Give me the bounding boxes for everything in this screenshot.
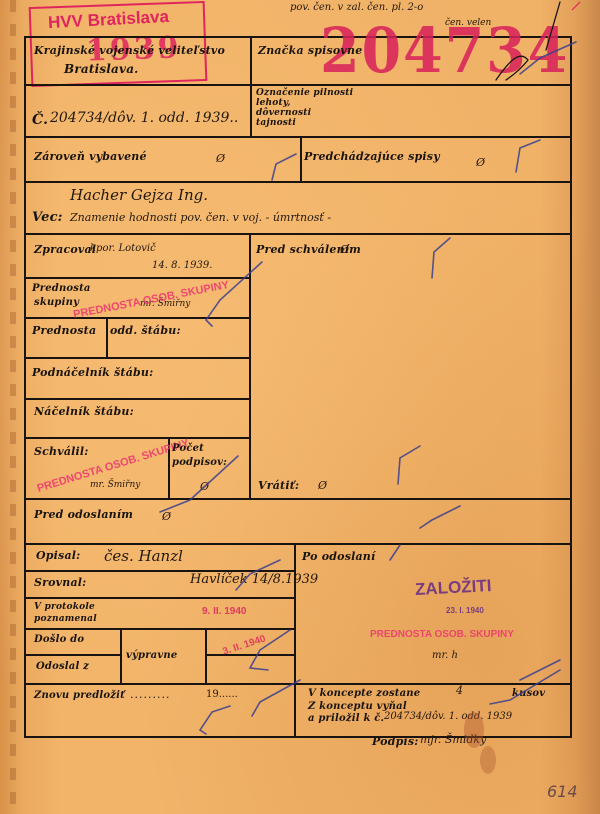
compared-value: Havlíček 14/8.1939 xyxy=(190,572,318,587)
copied-label: Opisal: xyxy=(36,549,80,562)
copied-value: čes. Hanzl xyxy=(104,547,183,565)
concept-remains-value: 4 xyxy=(456,684,463,697)
subject-label: Vec: xyxy=(32,210,63,225)
concept-remains-unit: kusov xyxy=(512,688,545,699)
protocol-label: V protokole xyxy=(34,602,95,612)
returned-label: Vrátiť: xyxy=(258,479,299,492)
classification-label: tajnosti xyxy=(256,118,296,128)
returned-value: Ø xyxy=(318,479,327,492)
divider xyxy=(24,654,120,656)
divider xyxy=(24,437,249,439)
divider xyxy=(24,357,249,359)
concept-remains-label: V koncepte zostane xyxy=(308,688,420,699)
divider xyxy=(120,628,122,683)
previous-files-value: Ø xyxy=(476,156,485,169)
file-away-stamp: ZALOŽITI xyxy=(415,576,492,600)
divider xyxy=(24,498,572,500)
processed-date: 14. 8. 1939. xyxy=(152,260,212,271)
attached-value: 204734/dôv. 1. odd. 1939 xyxy=(384,711,512,722)
also-done-value: Ø xyxy=(216,152,225,165)
resubmit-label: Znovu predložiť xyxy=(34,690,125,701)
top-note-line1: pov. čen. v zal. čen. pl. 2-o xyxy=(290,2,423,13)
divider xyxy=(24,398,249,400)
dept-head-label: Prednosta xyxy=(32,324,96,337)
deputy-chief-label: Podnáčelník štábu: xyxy=(32,366,153,379)
classification-label: dôvernosti xyxy=(256,108,311,118)
resubmit-year: 19...... xyxy=(206,689,238,700)
reference-prefix: Č. xyxy=(32,112,48,128)
file-away-date: 23. I. 1940 xyxy=(446,606,484,615)
person-name: Hacher Gejza Ing. xyxy=(70,186,208,204)
divider xyxy=(205,654,294,656)
group-head-label: Prednosta xyxy=(32,284,91,294)
before-send-value: Ø xyxy=(162,510,171,523)
processed-label: Zpracoval xyxy=(34,243,96,256)
signature-count-label: podpisov: xyxy=(172,458,227,468)
file-mark-label: Značka spisovne xyxy=(258,44,362,57)
approved-sign: mr. Šmiřny xyxy=(90,480,140,490)
before-send-label: Pred odoslaním xyxy=(34,508,133,521)
office-label: Krajinské vojenské veliteľstvo xyxy=(34,44,225,57)
binding-holes xyxy=(10,0,16,814)
received-label: Došlo do xyxy=(34,634,84,645)
after-send-sign: mr. h xyxy=(432,650,458,661)
subject-value: Znamenie hodnosti pov. čen. v voj. - úmr… xyxy=(70,211,331,224)
divider xyxy=(250,36,252,136)
expedition-label: výpravne xyxy=(126,650,177,661)
signature-label: Podpis: xyxy=(372,735,419,748)
group-head-label: skupiny xyxy=(34,298,79,308)
divider xyxy=(300,136,302,181)
signature-count-label: Počet xyxy=(172,444,204,454)
chief-label: Náčelník štábu: xyxy=(34,405,134,418)
after-send-stamp: PREDNOSTA OSOB. SKUPINY xyxy=(370,629,514,640)
processed-value: kpor. Lotovič xyxy=(90,243,156,254)
signature-value: mjr. Šmidky xyxy=(420,733,486,746)
sent-label: Odoslal z xyxy=(36,661,89,672)
divider xyxy=(205,628,207,683)
divider xyxy=(24,233,572,235)
after-send-label: Po odoslaní xyxy=(302,550,375,563)
divider xyxy=(24,597,294,599)
page-number: 614 xyxy=(547,782,578,801)
divider xyxy=(249,233,251,498)
classification-label: Označenie pilnosti xyxy=(256,88,353,98)
divider xyxy=(24,628,294,630)
resubmit-dots: ......... xyxy=(130,688,170,701)
previous-files-label: Predchádzajúce spisy xyxy=(304,150,440,163)
attached-label: a priložil k č. xyxy=(308,713,384,724)
signature-count-value: Ø xyxy=(200,480,209,493)
dept-staff-label: odd. štábu: xyxy=(110,324,181,337)
approved-label: Schválil: xyxy=(34,445,89,458)
office-city: Bratislava. xyxy=(64,62,139,76)
divider xyxy=(106,317,108,357)
classification-label: lehoty, xyxy=(256,98,291,108)
protocol-date-stamp: 9. II. 1940 xyxy=(202,606,246,617)
divider xyxy=(24,181,572,183)
divider xyxy=(24,317,249,319)
compared-label: Srovnal: xyxy=(34,576,86,589)
divider xyxy=(24,277,249,279)
before-approval-value: Ø xyxy=(340,243,349,256)
also-done-label: Zároveň vybavené xyxy=(34,150,147,163)
reference-value: 204734/dôv. 1. odd. 1939.. xyxy=(50,110,238,126)
protocol-label: poznamenal xyxy=(34,614,97,624)
divider xyxy=(24,543,572,545)
divider xyxy=(24,683,572,685)
divider xyxy=(24,136,572,138)
